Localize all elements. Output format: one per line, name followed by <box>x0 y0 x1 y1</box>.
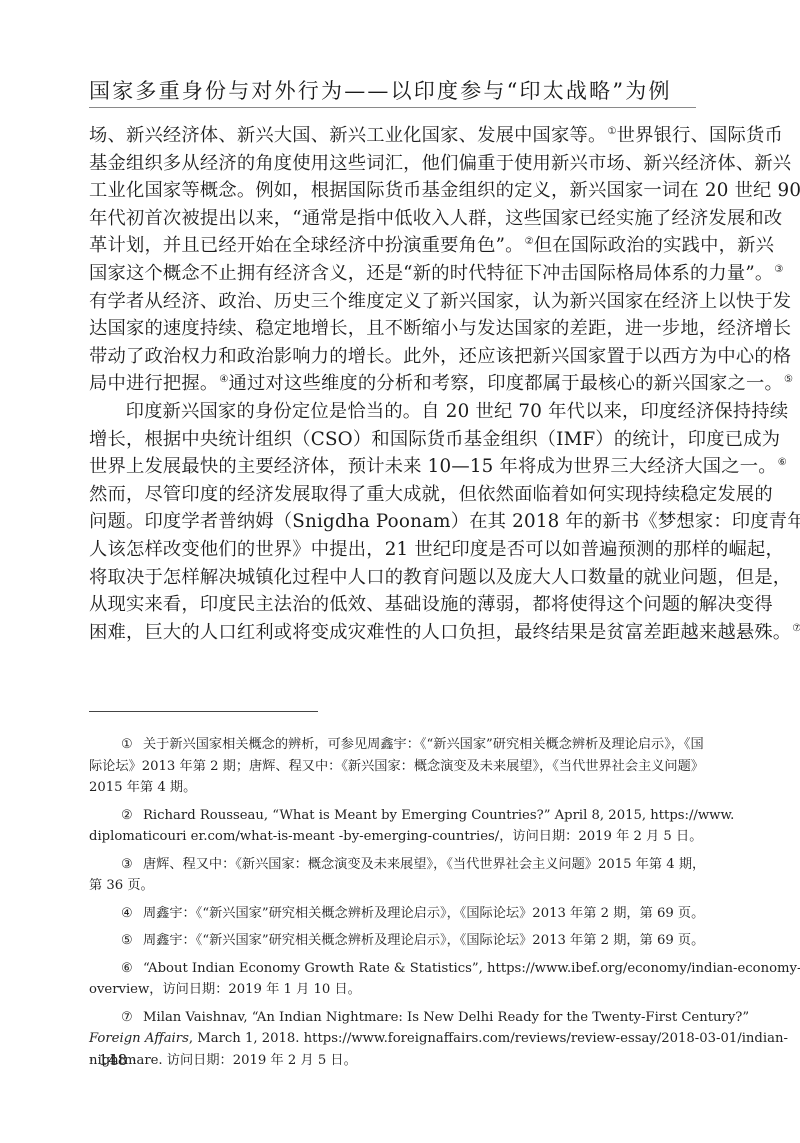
footnote-text: 关于新兴国家相关概念的辨析，可参见周鑫宇：《“新兴国家”研究相关概念辨析及理论启… <box>143 737 704 752</box>
text-span: 局中进行把握。 <box>89 373 218 394</box>
header-rule <box>89 107 696 108</box>
footnote-2: ②Richard Rousseau, “What is Meant by Eme… <box>89 805 696 848</box>
footnote-link-text[interactable]: “About Indian Economy Growth Rate & Stat… <box>143 961 800 976</box>
footnote-mark: ② <box>121 805 143 827</box>
footnote-ref-7[interactable]: ⑦ <box>792 623 800 634</box>
text-line: 从现实来看，印度民主法治的低效、基础设施的薄弱，都将使得这个问题的解决变得 <box>89 591 696 619</box>
running-head: 国家多重身份与对外行为——以印度参与“印太战略”为例 <box>89 78 696 104</box>
text-line: 基金组织多从经济的角度使用这些词汇，他们偏重于使用新兴市场、新兴经济体、新兴 <box>89 150 696 178</box>
text-line: 增长，根据中央统计组织（CSO）和国际货币基金组织（IMF）的统计，印度已成为 <box>89 426 696 454</box>
text-span: 但在国际政治的实践中，新兴 <box>534 235 774 256</box>
footnote-text: 周鑫宇：《“新兴国家”研究相关概念辨析及理论启示》，《国际论坛》2013 年第 … <box>143 933 704 948</box>
footnote-ref-2[interactable]: ② <box>525 236 534 247</box>
footnote-5: ⑤周鑫宇：《“新兴国家”研究相关概念辨析及理论启示》，《国际论坛》2013 年第… <box>89 930 696 952</box>
text-line: 年代初首次被提出以来，“通常是指中低收入人群，这些国家已经实施了经济发展和改 <box>89 205 696 233</box>
footnote-mark: ⑤ <box>121 930 143 952</box>
footnote-ref-5[interactable]: ⑤ <box>784 374 793 385</box>
footnote-line: 际论坛》2013 年第 2 期；唐辉、程又中：《新兴国家：概念演变及未来展望》，… <box>89 756 696 778</box>
text-line: 然而，尽管印度的经济发展取得了重大成就，但依然面临着如何实现持续稳定发展的 <box>89 481 696 509</box>
text-span: 通过对这些维度的分析和考察，印度都属于最核心的新兴国家之一。 <box>229 373 783 394</box>
footnote-mark: ⑦ <box>121 1007 143 1029</box>
footnote-line: 第 36 页。 <box>89 875 696 897</box>
text-line: 国家这个概念不止拥有经济含义，还是“新的时代特征下冲击国际格局体系的力量”。③ <box>89 260 696 288</box>
footnote-text: Milan Vaishnav, “An Indian Nightmare: Is… <box>143 1010 749 1025</box>
journal-title: Foreign Affairs <box>89 1031 189 1046</box>
page-number: · 148 · <box>89 1050 137 1070</box>
footnote-ref-6[interactable]: ⑥ <box>778 457 787 468</box>
footnote-line: ③唐辉、程又中：《新兴国家：概念演变及未来展望》，《当代世界社会主义问题》201… <box>89 854 696 876</box>
text-span: 困难，巨大的人口红利或将变成灾难性的人口负担，最终结果是贫富差距越来越悬殊。 <box>89 622 791 643</box>
footnote-line[interactable]: nightmare. 访问日期：2019 年 2 月 5 日。 <box>89 1050 696 1072</box>
footnote-line: ④周鑫宇：《“新兴国家”研究相关概念辨析及理论启示》，《国际论坛》2013 年第… <box>89 903 696 925</box>
text-line: 困难，巨大的人口红利或将变成灾难性的人口负担，最终结果是贫富差距越来越悬殊。⑦ <box>89 619 696 647</box>
footnote-text: 唐辉、程又中：《新兴国家：概念演变及未来展望》，《当代世界社会主义问题》2015… <box>143 857 705 872</box>
footnote-link-text[interactable]: , March 1, 2018. https://www.foreignaffa… <box>189 1031 788 1046</box>
footnote-line[interactable]: overview，访问日期：2019 年 1 月 10 日。 <box>89 979 696 1001</box>
text-line: 有学者从经济、政治、历史三个维度定义了新兴国家，认为新兴国家在经济上以快于发 <box>89 288 696 316</box>
text-line: 革计划，并且已经开始在全球经济中扮演重要角色”。②但在国际政治的实践中，新兴 <box>89 232 696 260</box>
footnote-link-text[interactable]: Richard Rousseau, “What is Meant by Emer… <box>143 808 734 823</box>
footnote-1: ①关于新兴国家相关概念的辨析，可参见周鑫宇：《“新兴国家”研究相关概念辨析及理论… <box>89 734 696 799</box>
footnote-ref-3[interactable]: ③ <box>774 264 783 275</box>
footnote-line: ①关于新兴国家相关概念的辨析，可参见周鑫宇：《“新兴国家”研究相关概念辨析及理论… <box>89 734 696 756</box>
footnote-line: ②Richard Rousseau, “What is Meant by Eme… <box>89 805 696 827</box>
footnote-line[interactable]: Foreign Affairs, March 1, 2018. https://… <box>89 1028 696 1050</box>
footnote-line: ⑥“About Indian Economy Growth Rate & Sta… <box>89 958 696 980</box>
paragraph-1: 场、新兴经济体、新兴大国、新兴工业化国家、发展中国家等。①世界银行、国际货币 基… <box>89 122 696 398</box>
text-span: 世界上发展最快的主要经济体，预计未来 10—15 年将成为世界三大经济大国之一。 <box>89 456 777 477</box>
footnote-line[interactable]: diplomaticouri er.com/what-is-meant -by-… <box>89 826 696 848</box>
footnote-ref-1[interactable]: ① <box>607 126 616 137</box>
text-line: 印度新兴国家的身份定位是恰当的。自 20 世纪 70 年代以来，印度经济保持持续 <box>89 398 696 426</box>
footnote-3: ③唐辉、程又中：《新兴国家：概念演变及未来展望》，《当代世界社会主义问题》201… <box>89 854 696 897</box>
footnote-line: ⑦Milan Vaishnav, “An Indian Nightmare: I… <box>89 1007 696 1029</box>
text-span: 国家这个概念不止拥有经济含义，还是“新的时代特征下冲击国际格局体系的力量”。 <box>89 263 773 284</box>
footnote-mark: ① <box>121 734 143 756</box>
text-span: 世界银行、国际货币 <box>617 125 783 146</box>
footnote-mark: ④ <box>121 903 143 925</box>
text-line: 局中进行把握。④通过对这些维度的分析和考察，印度都属于最核心的新兴国家之一。⑤ <box>89 370 696 398</box>
footnote-mark: ③ <box>121 854 143 876</box>
text-line: 达国家的速度持续、稳定地增长，且不断缩小与发达国家的差距，进一步地，经济增长 <box>89 315 696 343</box>
footnote-4: ④周鑫宇：《“新兴国家”研究相关概念辨析及理论启示》，《国际论坛》2013 年第… <box>89 903 696 925</box>
footnote-line: 2015 年第 4 期。 <box>89 777 696 799</box>
text-span: 场、新兴经济体、新兴大国、新兴工业化国家、发展中国家等。 <box>89 125 606 146</box>
body-text: 场、新兴经济体、新兴大国、新兴工业化国家、发展中国家等。①世界银行、国际货币 基… <box>89 122 696 646</box>
footnote-mark: ⑥ <box>121 958 143 980</box>
text-line: 场、新兴经济体、新兴大国、新兴工业化国家、发展中国家等。①世界银行、国际货币 <box>89 122 696 150</box>
footnote-text: 周鑫宇：《“新兴国家”研究相关概念辨析及理论启示》，《国际论坛》2013 年第 … <box>143 906 704 921</box>
text-line: 人该怎样改变他们的世界》中提出，21 世纪印度是否可以如普遍预测的那样的崛起， <box>89 536 696 564</box>
footnote-7: ⑦Milan Vaishnav, “An Indian Nightmare: I… <box>89 1007 696 1072</box>
footnote-6: ⑥“About Indian Economy Growth Rate & Sta… <box>89 958 696 1001</box>
text-line: 问题。印度学者普纳姆（Snigdha Poonam）在其 2018 年的新书《梦… <box>89 508 696 536</box>
text-line: 将取决于怎样解决城镇化过程中人口的教育问题以及庞大人口数量的就业问题，但是， <box>89 564 696 592</box>
paragraph-2: 印度新兴国家的身份定位是恰当的。自 20 世纪 70 年代以来，印度经济保持持续… <box>89 398 696 646</box>
text-line: 世界上发展最快的主要经济体，预计未来 10—15 年将成为世界三大经济大国之一。… <box>89 453 696 481</box>
text-line: 带动了政治权力和政治影响力的增长。此外，还应该把新兴国家置于以西方为中心的格 <box>89 343 696 371</box>
text-span: 革计划，并且已经开始在全球经济中扮演重要角色”。 <box>89 235 524 256</box>
footnotes: ①关于新兴国家相关概念的辨析，可参见周鑫宇：《“新兴国家”研究相关概念辨析及理论… <box>89 734 696 1077</box>
text-line: 工业化国家等概念。例如，根据国际货币基金组织的定义，新兴国家一词在 20 世纪 … <box>89 177 696 205</box>
footnote-line: ⑤周鑫宇：《“新兴国家”研究相关概念辨析及理论启示》，《国际论坛》2013 年第… <box>89 930 696 952</box>
footnote-ref-4[interactable]: ④ <box>219 374 228 385</box>
footnote-separator <box>89 711 318 712</box>
